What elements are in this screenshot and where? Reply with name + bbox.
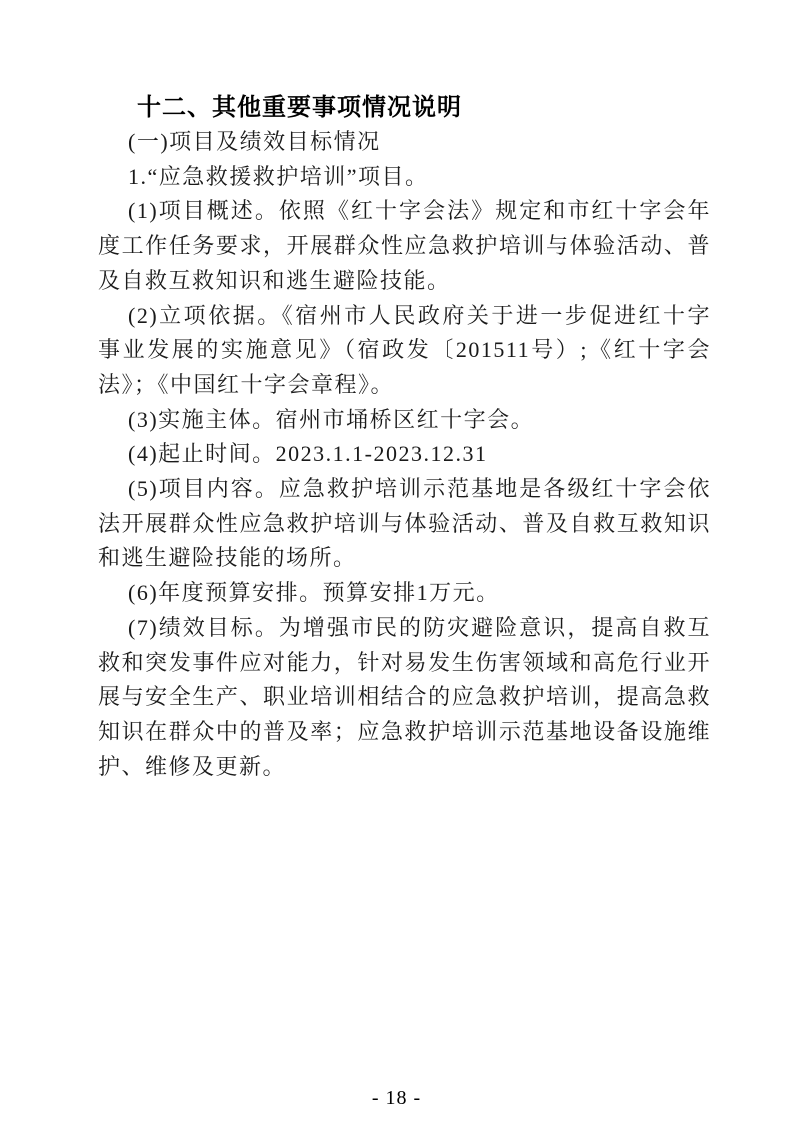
- paragraph-project-content: (5)项目内容。应急救护培训示范基地是各级红十字会依法开展群众性应急救护培训与体…: [98, 472, 711, 576]
- section-heading: 十二、其他重要事项情况说明: [98, 90, 711, 125]
- paragraph-project-basis: (2)立项依据。《宿州市人民政府关于进一步促进红十字事业发展的实施意见》（宿政发…: [98, 299, 711, 403]
- page-number: - 18 -: [0, 1087, 793, 1110]
- subsection-heading: (一)项目及绩效目标情况: [98, 125, 711, 160]
- paragraph-annual-budget: (6)年度预算安排。预算安排1万元。: [98, 576, 711, 611]
- paragraph-performance-goals: (7)绩效目标。为增强市民的防灾避险意识，提高自救互救和突发事件应对能力，针对易…: [98, 611, 711, 785]
- paragraph-project-overview: (1)项目概述。依照《红十字会法》规定和市红十字会年度工作任务要求，开展群众性应…: [98, 194, 711, 298]
- paragraph-time-period: (4)起止时间。2023.1.1-2023.12.31: [98, 437, 711, 472]
- paragraph-implementing-body: (3)实施主体。宿州市埇桥区红十字会。: [98, 403, 711, 438]
- project-title-line: 1.“应急救援救护培训”项目。: [98, 160, 711, 195]
- document-body: 十二、其他重要事项情况说明 (一)项目及绩效目标情况 1.“应急救援救护培训”项…: [98, 90, 711, 784]
- document-page: 十二、其他重要事项情况说明 (一)项目及绩效目标情况 1.“应急救援救护培训”项…: [0, 0, 793, 1122]
